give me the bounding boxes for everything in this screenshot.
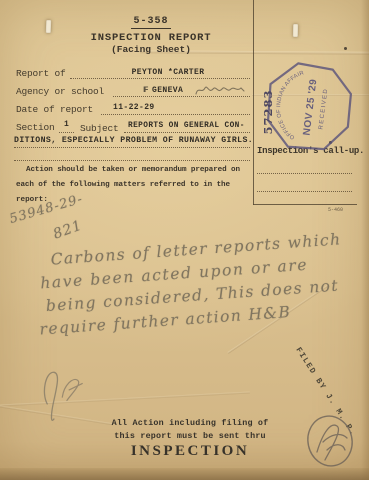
pencil-file-ref-bottom: 821	[51, 217, 84, 242]
agency-overstrike-mark: FF	[143, 86, 145, 95]
subject-continuation: DITIONS, ESPECIALLY PROBLEM OF RUNAWAY G…	[14, 136, 253, 145]
field-label-report-of: Report of	[16, 68, 66, 79]
field-value-report-of: PEYTON *CARTER	[98, 68, 238, 77]
field-value-section: 1	[64, 120, 69, 129]
field-value-date: 11-22-29	[113, 103, 155, 112]
callup-box-bottom	[253, 204, 357, 205]
field-label-subject: Subject	[80, 123, 119, 134]
field-label-agency: Agency or school	[16, 86, 104, 97]
field-line	[14, 160, 250, 161]
page-title: INSPECTION REPORT	[60, 32, 242, 44]
field-line	[14, 147, 250, 148]
page-subtitle: (Facing Sheet)	[60, 44, 242, 55]
field-line	[59, 132, 74, 133]
field-line	[124, 132, 250, 133]
field-value-agency: GENEVA	[152, 86, 183, 95]
small-form-number: 5-460	[328, 207, 343, 213]
stamp-date: NOV 25 '29	[302, 78, 320, 136]
field-line	[70, 78, 250, 79]
staple-mark	[46, 20, 51, 33]
field-label-section: Section	[16, 122, 55, 133]
stamp-received-text: RECEIVED	[318, 88, 329, 130]
action-paragraph-line1: Action should be taken or memorandum pre…	[26, 166, 240, 174]
field-value-subject: REPORTS ON GENERAL CON-	[128, 122, 245, 130]
staple-mark	[293, 24, 298, 37]
field-label-date: Date of report	[16, 104, 93, 115]
docket-number: 57283	[261, 89, 275, 135]
pencil-note: Carbons of letter reports which have bee…	[30, 227, 366, 342]
action-paragraph-line2: each of the following matters referred t…	[16, 181, 230, 189]
callup-line	[257, 173, 352, 174]
routing-stamp-line2: this report must be sent thru	[88, 431, 292, 441]
field-line	[101, 114, 250, 115]
callup-line	[257, 191, 352, 192]
handwritten-scribble	[194, 82, 246, 98]
routing-stamp: All Action including filing of this repo…	[88, 418, 292, 460]
signature-scribble	[303, 412, 357, 470]
column-divider	[253, 0, 254, 205]
routing-stamp-line3: INSPECTION	[88, 443, 292, 460]
routing-stamp-line1: All Action including filing of	[88, 418, 292, 428]
document-page: 5-358 INSPECTION REPORT (Facing Sheet) R…	[0, 0, 369, 480]
page-right-edge	[361, 0, 369, 480]
ink-speck	[344, 47, 347, 50]
form-number: 5-358	[131, 16, 171, 29]
